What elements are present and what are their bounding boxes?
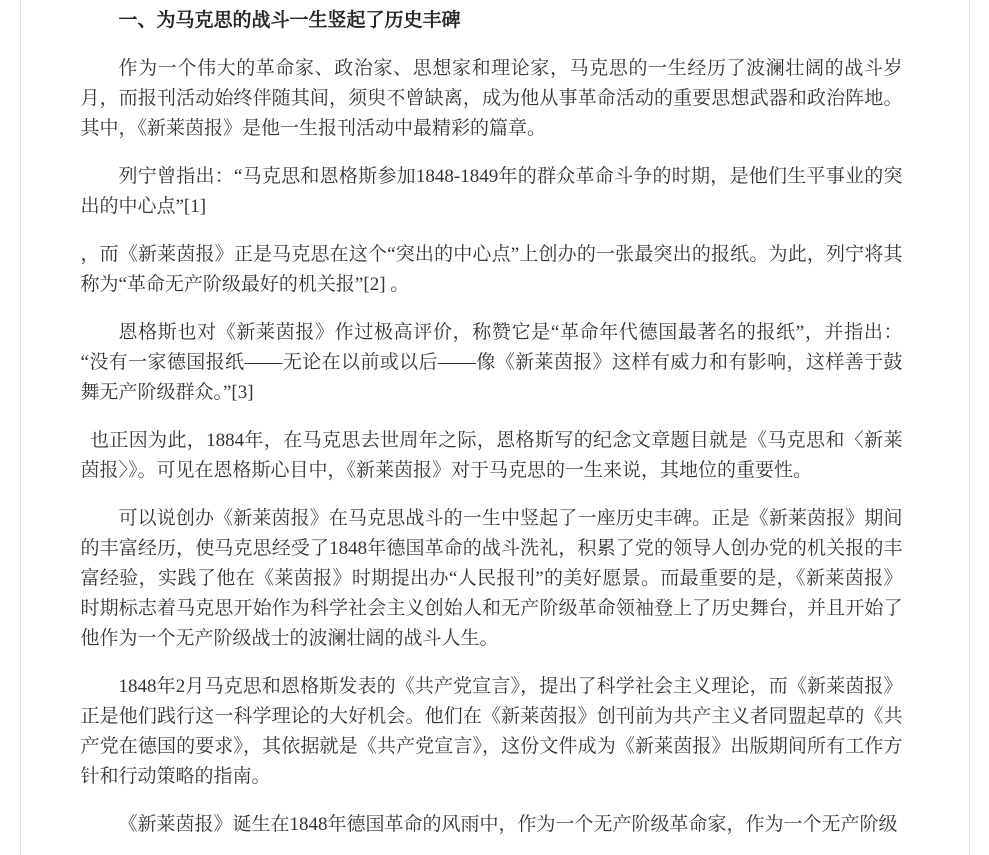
paragraph-communist-manifesto: 1848年2月马克思和恩格斯发表的《共产党宣言》，提出了科学社会主义理论，而《新… (81, 672, 903, 792)
document-page: 一、为马克思的战斗一生竖起了历史丰碑 作为一个伟大的革命家、政治家、思想家和理论… (20, 0, 970, 855)
paragraph-birth-of-paper: 《新莱茵报》诞生在1848年德国革命的风雨中，作为一个无产阶级革命家，作为一个无… (81, 810, 903, 840)
paragraph-intro: 作为一个伟大的革命家、政治家、思想家和理论家，马克思的一生经历了波澜壮阔的战斗岁… (81, 54, 903, 144)
paragraph-1884-memorial: 也正因为此，1884年，在马克思去世周年之际，恩格斯写的纪念文章题目就是《马克思… (81, 426, 903, 486)
section-heading: 一、为马克思的战斗一生竖起了历史丰碑 (81, 6, 903, 36)
paragraph-lenin-quote: 列宁曾指出：“马克思和恩格斯参加1848-1849年的群众革命斗争的时期，是他们… (81, 162, 903, 222)
paragraph-engels-quote: 恩格斯也对《新莱茵报》作过极高评价，称赞它是“革命年代德国最著名的报纸”，并指出… (81, 318, 903, 408)
paragraph-lenin-comment: ，而《新莱茵报》正是马克思在这个“突出的中心点”上创办的一张最突出的报纸。为此，… (81, 240, 903, 300)
paragraph-historic-monument: 可以说创办《新莱茵报》在马克思战斗的一生中竖起了一座历史丰碑。正是《新莱茵报》期… (81, 504, 903, 654)
